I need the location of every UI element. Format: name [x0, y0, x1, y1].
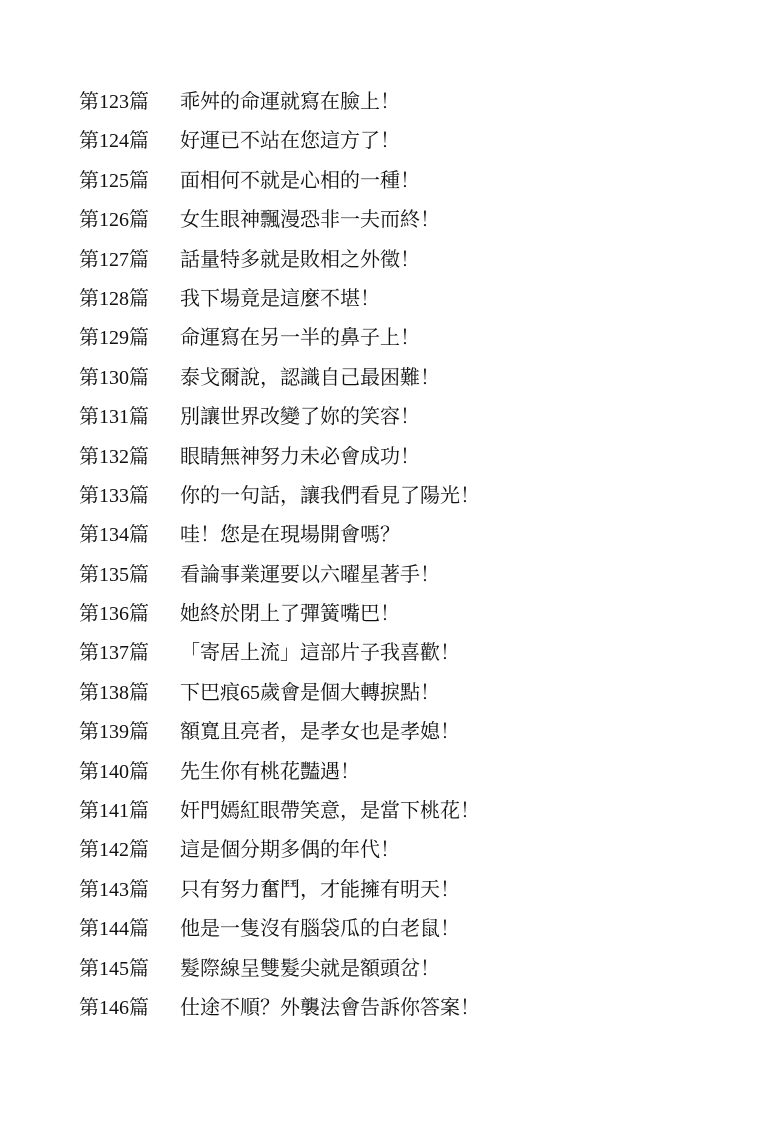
toc-entry-144: 第144篇他是一隻沒有腦袋瓜的白老鼠！ [79, 910, 480, 949]
entry-label: 第124篇 [79, 122, 180, 161]
toc-entry-133: 第133篇你的一句話，讓我們看見了陽光！ [79, 477, 480, 516]
entry-title: 下巴痕65歲會是個大轉捩點！ [180, 674, 440, 713]
entry-label: 第133篇 [79, 477, 180, 516]
toc-entry-124: 第124篇好運已不站在您這方了！ [79, 122, 480, 161]
entry-title: 你的一句話，讓我們看見了陽光！ [180, 477, 480, 516]
toc-entry-141: 第141篇奸門嫣紅眼帶笑意，是當下桃花！ [79, 792, 480, 831]
entry-label: 第146篇 [79, 989, 180, 1028]
entry-label: 第132篇 [79, 438, 180, 477]
toc-entry-143: 第143篇只有努力奮鬥，才能擁有明天！ [79, 871, 480, 910]
entry-label: 第137篇 [79, 634, 180, 673]
entry-title: 看論事業運要以六曜星著手！ [180, 556, 440, 595]
entry-label: 第123篇 [79, 83, 180, 122]
entry-label: 第129篇 [79, 319, 180, 358]
toc-entry-140: 第140篇先生你有桃花豔遇！ [79, 753, 480, 792]
entry-title: 好運已不站在您這方了！ [180, 122, 400, 161]
toc-entry-134: 第134篇哇！您是在現場開會嗎？ [79, 516, 480, 555]
entry-title: 他是一隻沒有腦袋瓜的白老鼠！ [180, 910, 460, 949]
toc-entry-131: 第131篇別讓世界改變了妳的笑容！ [79, 398, 480, 437]
entry-title: 奸門嫣紅眼帶笑意，是當下桃花！ [180, 792, 480, 831]
entry-title: 哇！您是在現場開會嗎？ [180, 516, 400, 555]
toc-entry-127: 第127篇話量特多就是敗相之外徵！ [79, 241, 480, 280]
toc-entry-125: 第125篇面相何不就是心相的一種！ [79, 162, 480, 201]
toc-entry-136: 第136篇她終於閉上了彈簧嘴巴！ [79, 595, 480, 634]
entry-label: 第135篇 [79, 556, 180, 595]
entry-title: 命運寫在另一半的鼻子上！ [180, 319, 420, 358]
entry-title: 額寬且亮者，是孝女也是孝媳！ [180, 713, 460, 752]
toc-entry-132: 第132篇眼睛無神努力未必會成功！ [79, 438, 480, 477]
toc-entry-129: 第129篇命運寫在另一半的鼻子上！ [79, 319, 480, 358]
entry-title: 女生眼神飄漫恐非一夫而終！ [180, 201, 440, 240]
entry-label: 第126篇 [79, 201, 180, 240]
toc-entry-137: 第137篇「寄居上流」這部片子我喜歡！ [79, 634, 480, 673]
entry-title: 她終於閉上了彈簧嘴巴！ [180, 595, 400, 634]
entry-label: 第144篇 [79, 910, 180, 949]
table-of-contents: 第123篇乖舛的命運就寫在臉上！ 第124篇好運已不站在您這方了！ 第125篇面… [79, 83, 480, 1028]
entry-label: 第136篇 [79, 595, 180, 634]
entry-title: 仕途不順？外襲法會告訴你答案！ [180, 989, 480, 1028]
entry-label: 第145篇 [79, 950, 180, 989]
entry-title: 話量特多就是敗相之外徵！ [180, 241, 420, 280]
entry-title: 我下場竟是這麼不堪！ [180, 280, 380, 319]
toc-entry-139: 第139篇額寬且亮者，是孝女也是孝媳！ [79, 713, 480, 752]
entry-label: 第130篇 [79, 359, 180, 398]
entry-label: 第142篇 [79, 831, 180, 870]
entry-title: 髮際線呈雙髮尖就是額頭岔！ [180, 950, 440, 989]
toc-entry-123: 第123篇乖舛的命運就寫在臉上！ [79, 83, 480, 122]
entry-title: 別讓世界改變了妳的笑容！ [180, 398, 420, 437]
entry-label: 第131篇 [79, 398, 180, 437]
entry-label: 第127篇 [79, 241, 180, 280]
entry-title: 先生你有桃花豔遇！ [180, 753, 360, 792]
entry-label: 第125篇 [79, 162, 180, 201]
entry-label: 第138篇 [79, 674, 180, 713]
entry-label: 第141篇 [79, 792, 180, 831]
toc-entry-145: 第145篇髮際線呈雙髮尖就是額頭岔！ [79, 950, 480, 989]
entry-label: 第128篇 [79, 280, 180, 319]
entry-title: 這是個分期多偶的年代！ [180, 831, 400, 870]
entry-title: 「寄居上流」這部片子我喜歡！ [180, 634, 460, 673]
toc-entry-138: 第138篇下巴痕65歲會是個大轉捩點！ [79, 674, 480, 713]
entry-title: 只有努力奮鬥，才能擁有明天！ [180, 871, 460, 910]
toc-entry-130: 第130篇泰戈爾說，認識自己最困難！ [79, 359, 480, 398]
toc-entry-128: 第128篇我下場竟是這麼不堪！ [79, 280, 480, 319]
entry-label: 第143篇 [79, 871, 180, 910]
entry-label: 第140篇 [79, 753, 180, 792]
entry-title: 乖舛的命運就寫在臉上！ [180, 83, 400, 122]
toc-entry-135: 第135篇看論事業運要以六曜星著手！ [79, 556, 480, 595]
entry-label: 第139篇 [79, 713, 180, 752]
toc-entry-146: 第146篇仕途不順？外襲法會告訴你答案！ [79, 989, 480, 1028]
entry-title: 眼睛無神努力未必會成功！ [180, 438, 420, 477]
toc-entry-126: 第126篇女生眼神飄漫恐非一夫而終！ [79, 201, 480, 240]
entry-title: 面相何不就是心相的一種！ [180, 162, 420, 201]
toc-entry-142: 第142篇這是個分期多偶的年代！ [79, 831, 480, 870]
entry-label: 第134篇 [79, 516, 180, 555]
entry-title: 泰戈爾說，認識自己最困難！ [180, 359, 440, 398]
